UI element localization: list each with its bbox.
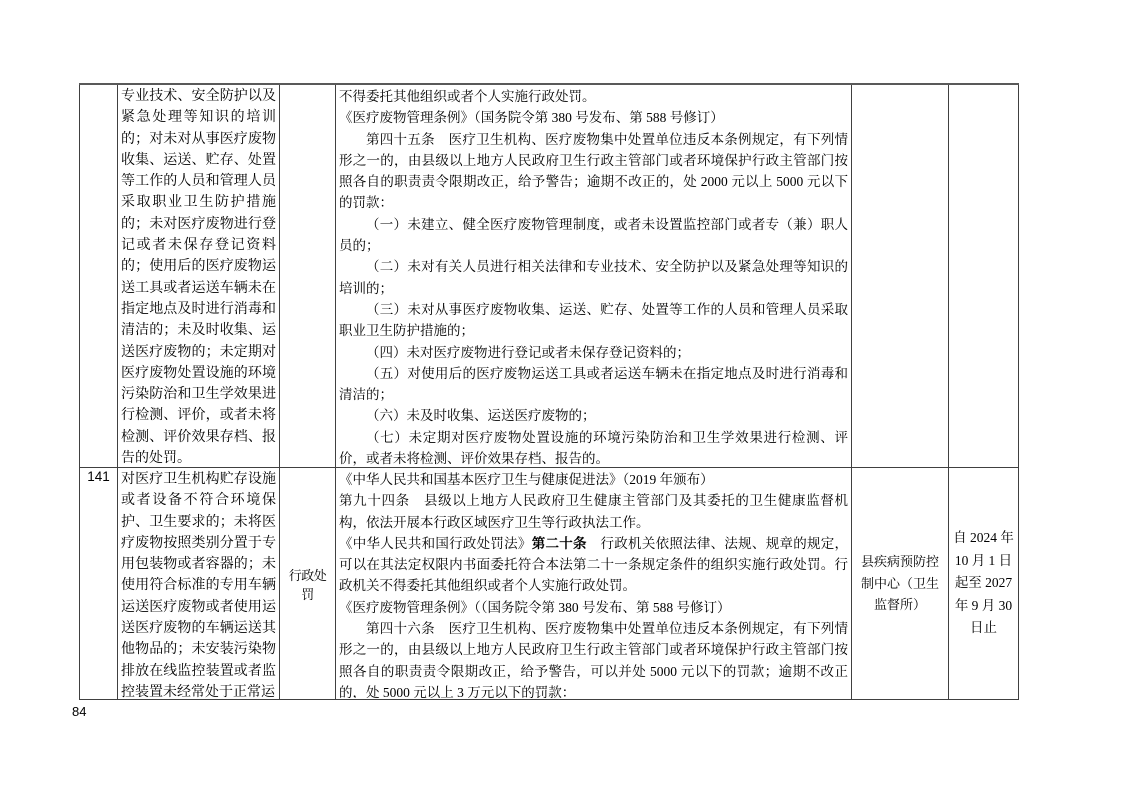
period-cell [949, 84, 1019, 468]
legal-paragraph: 第四十六条 医疗卫生机构、医疗废物集中处置单位违反本条例规定，有下列情形之一的，… [339, 618, 848, 698]
table-row-141: 141 对医疗卫生机构贮存设施或者设备不符合环境保护、卫生要求的；未将医疗废物按… [80, 468, 1019, 700]
legal-paragraph: 不得委托其他组织或者个人实施行政处罚。 [339, 86, 848, 107]
legal-paragraph: 《医疗废物管理条例》（（国务院令第 380 号发布、第 588 号修订） [339, 597, 848, 618]
violation-text: 专业技术、安全防护以及紧急处理等知识的培训的；对未对从事医疗废物收集、运送、贮存… [121, 86, 276, 466]
agency-name: 县疾病预防控制中心（卫生监督所） [855, 551, 945, 616]
row-number-cell [80, 84, 118, 468]
legal-paragraph: （五）对使用后的医疗废物运送工具或者运送车辆未在指定地点及时进行消毒和清洁的； [339, 363, 848, 406]
agency-cell [852, 84, 949, 468]
penalty-type-label: 行政处罚 [283, 565, 332, 603]
table-row-140: 专业技术、安全防护以及紧急处理等知识的培训的；对未对从事医疗废物收集、运送、贮存… [80, 84, 1019, 468]
penalty-type-cell [280, 84, 336, 468]
row-number-cell: 141 [80, 468, 118, 700]
legal-paragraph: （四）未对医疗废物进行登记或者未保存登记资料的； [339, 342, 848, 363]
legal-paragraph: （一）未建立、健全医疗废物管理制度，或者未设置监控部门或者专（兼）职人员的； [339, 214, 848, 257]
legal-paragraph: 《中华人民共和国行政处罚法》第二十条 行政机关依照法律、法规、规章的规定，可以在… [339, 533, 848, 597]
agency-cell: 县疾病预防控制中心（卫生监督所） [852, 468, 949, 700]
penalty-type-cell: 行政处罚 [280, 468, 336, 700]
violation-cell: 对医疗卫生机构贮存设施或者设备不符合环境保护、卫生要求的；未将医疗废物按照类别分… [118, 468, 280, 700]
legal-paragraph: （三）未对从事医疗废物收集、运送、贮存、处置等工作的人员和管理人员采取职业卫生防… [339, 299, 848, 342]
validity-period: 自 2024 年 10 月 1 日起至 2027 年 9 月 30 日止 [952, 527, 1015, 640]
legal-paragraph: 《中华人民共和国基本医疗卫生与健康促进法》（2019 年颁布） [339, 469, 848, 490]
legal-paragraph: （六）未及时收集、运送医疗废物的； [339, 405, 848, 426]
legal-paragraph: 第九十四条 县级以上地方人民政府卫生健康主管部门及其委托的卫生健康监督机构，依法… [339, 490, 848, 533]
article-number-bold: 第二十条 [532, 536, 587, 551]
violation-cell: 专业技术、安全防护以及紧急处理等知识的培训的；对未对从事医疗废物收集、运送、贮存… [118, 84, 280, 468]
regulation-table: 专业技术、安全防护以及紧急处理等知识的培训的；对未对从事医疗废物收集、运送、贮存… [79, 83, 1019, 700]
legal-paragraph: （二）未对有关人员进行相关法律和专业技术、安全防护以及紧急处理等知识的培训的； [339, 256, 848, 299]
document-page: 专业技术、安全防护以及紧急处理等知识的培训的；对未对从事医疗废物收集、运送、贮存… [0, 0, 1122, 793]
violation-text: 对医疗卫生机构贮存设施或者设备不符合环境保护、卫生要求的；未将医疗废物按照类别分… [121, 469, 276, 698]
row-number: 141 [87, 469, 110, 484]
period-cell: 自 2024 年 10 月 1 日起至 2027 年 9 月 30 日止 [949, 468, 1019, 700]
page-number: 84 [72, 704, 86, 719]
legal-basis-cell: 《中华人民共和国基本医疗卫生与健康促进法》（2019 年颁布） 第九十四条 县级… [336, 468, 852, 700]
legal-basis-cell: 不得委托其他组织或者个人实施行政处罚。 《医疗废物管理条例》（国务院令第 380… [336, 84, 852, 468]
law-title: 《中华人民共和国行政处罚法》 [339, 536, 532, 551]
legal-paragraph: 《医疗废物管理条例》（国务院令第 380 号发布、第 588 号修订） [339, 107, 848, 128]
legal-paragraph: 第四十五条 医疗卫生机构、医疗废物集中处置单位违反本条例规定，有下列情形之一的，… [339, 129, 848, 214]
legal-paragraph: （七）未定期对医疗废物处置设施的环境污染防治和卫生学效果进行检测、评价，或者未将… [339, 427, 848, 466]
